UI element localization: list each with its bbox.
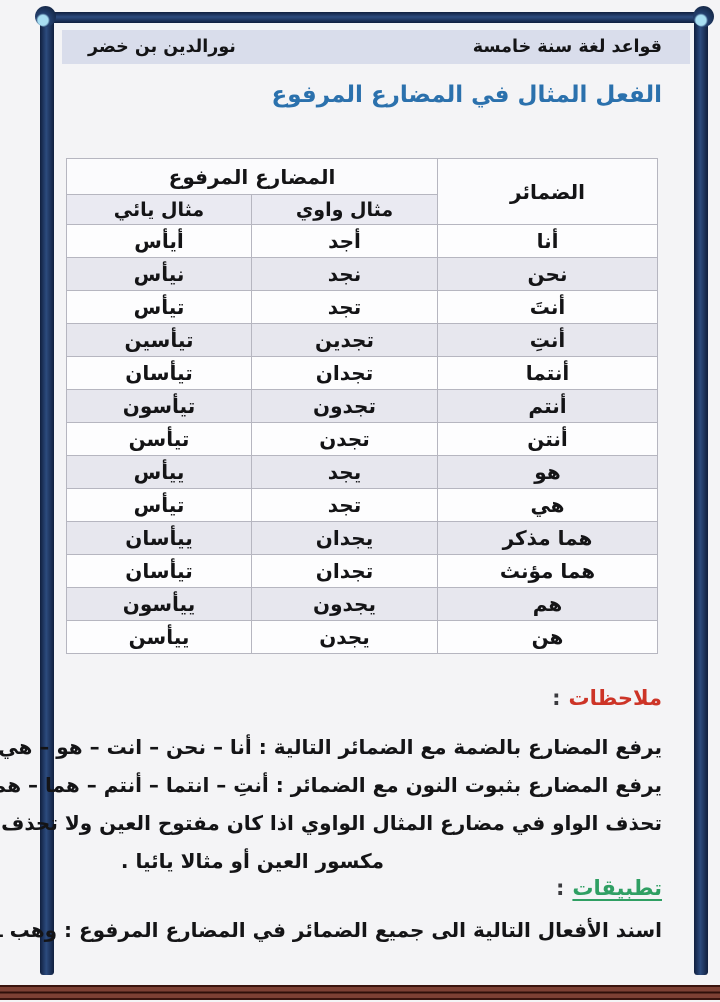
worksheet-page: قواعد لغة سنة خامسة نورالدين بن خضر الفع… [0,0,720,1002]
note-line: يرفع المضارع بالضمة مع الضمائر التالية :… [42,728,662,766]
applications-heading-colon: : [556,876,564,900]
ya-cell: تيأسن [66,423,251,456]
waw-cell: تجد [252,291,438,324]
ya-cell: أيأس [66,225,251,258]
waw-cell: تجدن [252,423,438,456]
pronoun-cell: أنتم [438,390,658,423]
table-row: أناأجدأيأس [66,225,657,258]
waw-cell: يجدن [252,621,438,654]
waw-cell: نجد [252,258,438,291]
bottom-border-band [0,985,720,1000]
ya-cell: تيأس [66,291,251,324]
ya-cell: تيأسون [66,390,251,423]
author-name: نورالدين بن خضر [88,37,236,57]
ya-cell: ييأسون [66,588,251,621]
notes-heading-colon: : [552,686,560,710]
applications-heading: تطبيقات: [556,876,662,900]
frame-corner-knob-right [693,6,714,27]
conjugation-table: الضمائر المضارع المرفوع مثال واوي مثال ي… [66,158,658,654]
table-row: أنتِتجدينتيأسين [66,324,657,357]
note-line: مكسور العين أو مثالا يائيا . [42,842,662,880]
pronoun-cell: هن [438,621,658,654]
waw-cell: يجد [252,456,438,489]
table-row: هميجدونييأسون [66,588,657,621]
table-row: أنتنتجدنتيأسن [66,423,657,456]
ya-cell: ييأسان [66,522,251,555]
pronoun-cell: هو [438,456,658,489]
frame-right-bar [694,13,708,975]
pronoun-cell: نحن [438,258,658,291]
table-row: هما مذكريجدانييأسان [66,522,657,555]
pronoun-cell: أنتِ [438,324,658,357]
waw-cell: يجدون [252,588,438,621]
pronoun-cell: هما مذكر [438,522,658,555]
table-row: نحننجدنيأس [66,258,657,291]
table-row: هنيجدنييأسن [66,621,657,654]
table-row: أنتماتجدانتيأسان [66,357,657,390]
notes-heading: ملاحظات: [552,686,662,710]
course-label: قواعد لغة سنة خامسة [473,37,662,57]
pronoun-cell: أنتَ [438,291,658,324]
waw-cell: أجد [252,225,438,258]
table-header-row: الضمائر المضارع المرفوع [66,159,657,195]
pronoun-cell: أنا [438,225,658,258]
ya-cell: ييأس [66,456,251,489]
notes-heading-text: ملاحظات [568,686,662,710]
pronoun-cell: هم [438,588,658,621]
ya-cell: تيأسان [66,555,251,588]
table-row: أنتمتجدونتيأسون [66,390,657,423]
waw-cell: تجدان [252,357,438,390]
pronoun-cell: هما مؤنث [438,555,658,588]
waw-cell: تجدان [252,555,438,588]
ya-cell: ييأسن [66,621,251,654]
table-row: هما مؤنثتجدانتيأسان [66,555,657,588]
pronoun-cell: أنتما [438,357,658,390]
ya-cell: تيأسين [66,324,251,357]
table-row: أنتَتجدتيأس [66,291,657,324]
ya-example-header: مثال يائي [66,195,251,225]
pronoun-cell: هي [438,489,658,522]
table-row: هيتجدتيأس [66,489,657,522]
waw-cell: يجدان [252,522,438,555]
ya-cell: تيأسان [66,357,251,390]
frame-top-bar [42,12,706,23]
ya-cell: تيأس [66,489,251,522]
pronouns-column-header: الضمائر [438,159,658,225]
waw-cell: تجد [252,489,438,522]
header-band: قواعد لغة سنة خامسة نورالدين بن خضر [62,30,690,64]
note-line: يرفع المضارع بثبوت النون مع الضمائر : أن… [42,766,662,804]
page-title: الفعل المثال في المضارع المرفوع [272,82,663,108]
pronoun-cell: أنتن [438,423,658,456]
note-line: تحذف الواو في مضارع المثال الواوي اذا كا… [42,804,662,842]
applications-heading-text: تطبيقات [572,876,662,900]
applications-task: اسند الأفعال التالية الى جميع الضمائر في… [36,918,662,942]
notes-paragraph: يرفع المضارع بالضمة مع الضمائر التالية :… [42,728,662,880]
waw-example-header: مثال واوي [252,195,438,225]
table-row: هويجدييأس [66,456,657,489]
ya-cell: نيأس [66,258,251,291]
frame-corner-knob-left [35,6,56,27]
waw-cell: تجدون [252,390,438,423]
waw-cell: تجدين [252,324,438,357]
present-indicative-header: المضارع المرفوع [66,159,437,195]
